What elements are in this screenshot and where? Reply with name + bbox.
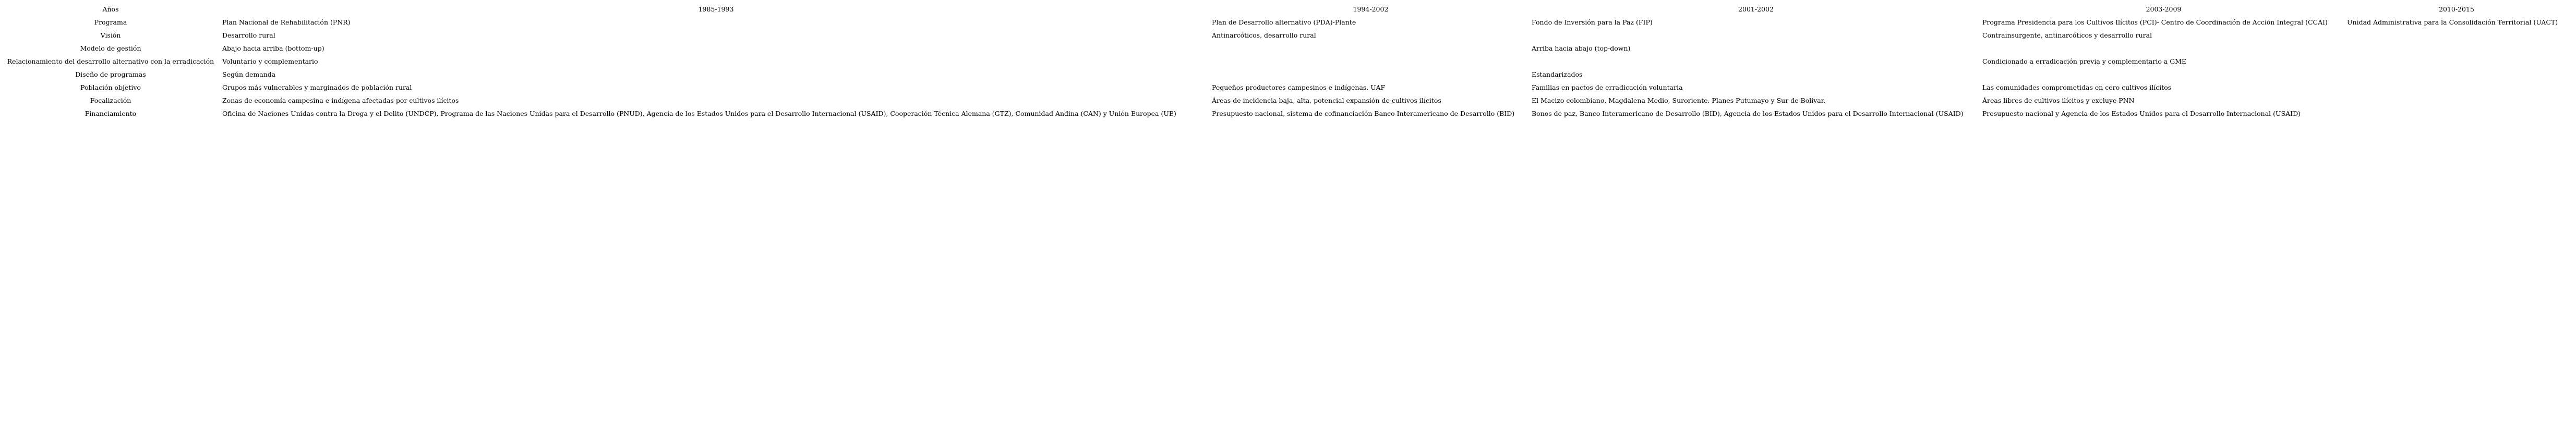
table-row: Relacionamiento del desarrollo alternati… [0,55,2567,68]
table-row: Modelo de gestiónAbajo hacia arriba (bot… [0,42,2567,55]
table-cell [1211,55,1531,68]
table-cell [1981,68,2346,81]
table-cell [2346,94,2567,107]
period-header: 1994-2002 [1211,3,1531,16]
table-cell [1531,29,1981,42]
table-cell: Las comunidades comprometidas en cero cu… [1981,81,2346,94]
table-row: ProgramaPlan Nacional de Rehabilitación … [0,16,2567,29]
row-label: Relacionamiento del desarrollo alternati… [0,55,221,68]
row-label: Financiamiento [0,107,221,120]
period-header: 2001-2002 [1531,3,1981,16]
table-cell [1981,42,2346,55]
table-cell: Condicionado a erradicación previa y com… [1981,55,2346,68]
row-label: Población objetivo [0,81,221,94]
table-cell: Arriba hacia abajo (top-down) [1531,42,1981,55]
table-cell: El Macizo colombiano, Magdalena Medio, S… [1531,94,1981,107]
table-cell: Según demanda [221,68,1211,81]
table-cell [1211,68,1531,81]
table-cell: Presupuesto nacional y Agencia de los Es… [1981,107,2346,120]
table-row: VisiónDesarrollo ruralAntinarcóticos, de… [0,29,2567,42]
table-cell [2346,68,2567,81]
table-cell: Pequeños productores campesinos e indíge… [1211,81,1531,94]
table-cell [2346,42,2567,55]
row-label: Visión [0,29,221,42]
table-cell: Voluntario y complementario [221,55,1211,68]
corner-label: Años [0,3,221,16]
table-cell: Unidad Administrativa para la Consolidac… [2346,16,2567,29]
table-row: Población objetivoGrupos más vulnerables… [0,81,2567,94]
table-cell [2346,29,2567,42]
table-cell [1531,55,1981,68]
period-header: 2003-2009 [1981,3,2346,16]
table-cell: Zonas de economía campesina e indígena a… [221,94,1211,107]
row-label: Diseño de programas [0,68,221,81]
table-cell: Programa Presidencia para los Cultivos I… [1981,16,2346,29]
table-cell: Plan Nacional de Rehabilitación (PNR) [221,16,1211,29]
table-cell: Abajo hacia arriba (bottom-up) [221,42,1211,55]
comparison-table: Años 1985-1993 1994-2002 2001-2002 2003-… [0,3,2567,120]
table-cell: Desarrollo rural [221,29,1211,42]
table-cell: Grupos más vulnerables y marginados de p… [221,81,1211,94]
row-label: Modelo de gestión [0,42,221,55]
table-cell: Bonos de paz, Banco Interamericano de De… [1531,107,1981,120]
table-cell: Contrainsurgente, antinarcóticos y desar… [1981,29,2346,42]
table-cell [1211,42,1531,55]
table-cell: Fondo de Inversión para la Paz (FIP) [1531,16,1981,29]
table-row: FocalizaciónZonas de economía campesina … [0,94,2567,107]
table-cell: Áreas libres de cultivos ilícitos y excl… [1981,94,2346,107]
period-header: 2010-2015 [2346,3,2567,16]
row-label: Focalización [0,94,221,107]
table-body: ProgramaPlan Nacional de Rehabilitación … [0,16,2567,120]
header-row: Años 1985-1993 1994-2002 2001-2002 2003-… [0,3,2567,16]
table-cell: Estandarizados [1531,68,1981,81]
table-cell [2346,55,2567,68]
row-label: Programa [0,16,221,29]
table-cell: Familias en pactos de erradicación volun… [1531,81,1981,94]
table-cell [2346,107,2567,120]
table-cell: Antinarcóticos, desarrollo rural [1211,29,1531,42]
table-cell: Áreas de incidencia baja, alta, potencia… [1211,94,1531,107]
table-cell: Oficina de Naciones Unidas contra la Dro… [221,107,1211,120]
table-row: FinanciamientoOficina de Naciones Unidas… [0,107,2567,120]
table-row: Diseño de programasSegún demandaEstandar… [0,68,2567,81]
period-header: 1985-1993 [221,3,1211,16]
table-cell: Plan de Desarrollo alternativo (PDA)-Pla… [1211,16,1531,29]
table-cell: Presupuesto nacional, sistema de cofinan… [1211,107,1531,120]
table-cell [2346,81,2567,94]
